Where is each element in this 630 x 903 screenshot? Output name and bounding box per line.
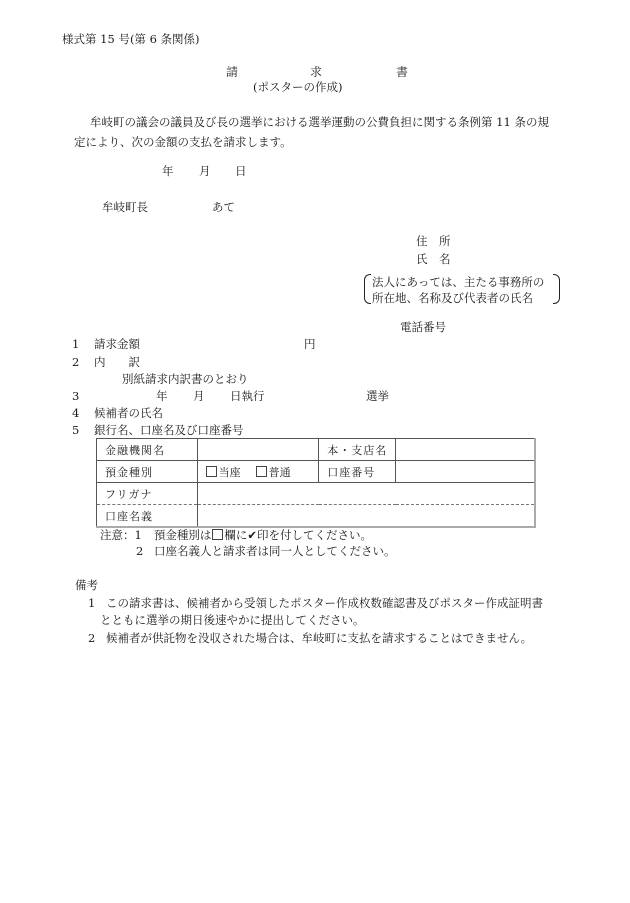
left-bracket	[364, 274, 371, 304]
election-label: 選挙	[366, 391, 389, 403]
note-2: 口座名義人と請求者は同一人としてください。	[154, 546, 396, 558]
candidate-name-label: 候補者の氏名	[94, 408, 163, 420]
remark-2-number: 2	[88, 633, 95, 645]
date-day-label: 日	[235, 166, 247, 178]
table-row: 金融機関名 本・支店名	[97, 439, 536, 461]
breakdown-label: 内 訳	[94, 357, 140, 369]
title-char-3: 書	[396, 66, 408, 78]
checkbox-symbol-icon	[212, 529, 223, 540]
remark-1-line-2: とともに選挙の期日後速やかに提出してください。	[100, 615, 365, 627]
corporate-note-line-1: 法人にあっては、主たる事務所の	[372, 274, 544, 290]
corporate-note-line-2: 所在地、名称及び代表者の氏名	[372, 290, 544, 306]
election-year-label: 年	[156, 391, 168, 403]
institution-field[interactable]	[197, 439, 319, 461]
intro-line-1: 牟岐町の議会の議員及び長の選挙における選挙運動の公費負担に関する条例第 11 条…	[74, 112, 584, 132]
furigana-field[interactable]	[197, 483, 535, 505]
title-char-1: 請	[226, 66, 238, 78]
branch-label: 本・支店名	[319, 439, 396, 461]
name-label: 氏 名	[416, 254, 451, 266]
savings-label: 普通	[269, 466, 291, 479]
account-holder-field[interactable]	[197, 505, 535, 528]
yen-unit: 円	[304, 339, 316, 351]
document-subtitle: (ポスターの作成)	[253, 82, 342, 94]
election-day-label: 日執行	[230, 391, 265, 403]
furigana-label: フリガナ	[97, 483, 198, 505]
remark-2-line-1: 候補者が供託物を没収された場合は、牟岐町に支払を請求することはできません。	[106, 633, 532, 645]
election-month-label: 月	[193, 391, 205, 403]
title-char-2: 求	[310, 66, 322, 78]
claim-amount-label: 請求金額	[94, 339, 140, 351]
breakdown-detail: 別紙請求内訳書のとおり	[122, 374, 249, 386]
right-bracket	[553, 274, 560, 304]
addressee-suffix: あて	[212, 202, 235, 214]
remark-1-line-1: この請求書は、候補者から受領したポスター作成枚数確認書及びポスター作成証明書	[106, 598, 543, 610]
note-prefix: 注意：1	[100, 528, 142, 542]
corporate-note: 法人にあっては、主たる事務所の 所在地、名称及び代表者の氏名	[364, 272, 560, 306]
deposit-type-options: 当座 普通	[197, 461, 319, 483]
addressee-name: 牟岐町長	[102, 202, 148, 214]
item-5-number: 5	[72, 425, 79, 437]
form-number: 様式第 15 号(第 6 条関係)	[62, 34, 200, 46]
checkmark-icon: ✔	[247, 528, 257, 542]
checking-checkbox[interactable]	[206, 466, 217, 477]
bank-info-label: 銀行名、口座名及び口座番号	[94, 425, 244, 437]
bank-account-table: 金融機関名 本・支店名 預金種別 当座 普通 口座番号 フリガナ 口座名義	[96, 438, 536, 528]
savings-checkbox[interactable]	[256, 466, 267, 477]
item-1-number: 1	[72, 339, 79, 351]
intro-line-2: 定により、次の金額の支払を請求します。	[74, 132, 584, 152]
item-2-number: 2	[72, 357, 79, 369]
table-row: 預金種別 当座 普通 口座番号	[97, 461, 536, 483]
address-label: 住 所	[416, 236, 451, 248]
note-2-number: 2	[136, 546, 143, 558]
phone-label: 電話番号	[400, 322, 446, 334]
account-number-field[interactable]	[396, 461, 535, 483]
branch-field[interactable]	[396, 439, 535, 461]
checking-label: 当座	[219, 466, 241, 479]
item-3-number: 3	[72, 391, 79, 403]
deposit-type-label: 預金種別	[97, 461, 198, 483]
table-row: フリガナ	[97, 483, 536, 505]
account-holder-label: 口座名義	[97, 505, 198, 528]
date-year-label: 年	[162, 166, 174, 178]
intro-paragraph: 牟岐町の議会の議員及び長の選挙における選挙運動の公費負担に関する条例第 11 条…	[74, 112, 584, 152]
institution-label: 金融機関名	[97, 439, 198, 461]
date-month-label: 月	[199, 166, 211, 178]
account-number-label: 口座番号	[319, 461, 396, 483]
item-4-number: 4	[72, 408, 79, 420]
note-1: 注意：1預金種別は欄に✔印を付してください。	[100, 529, 372, 542]
remarks-heading: 備考	[75, 580, 98, 592]
table-row: 口座名義	[97, 505, 536, 528]
remark-1-number: 1	[88, 598, 95, 610]
